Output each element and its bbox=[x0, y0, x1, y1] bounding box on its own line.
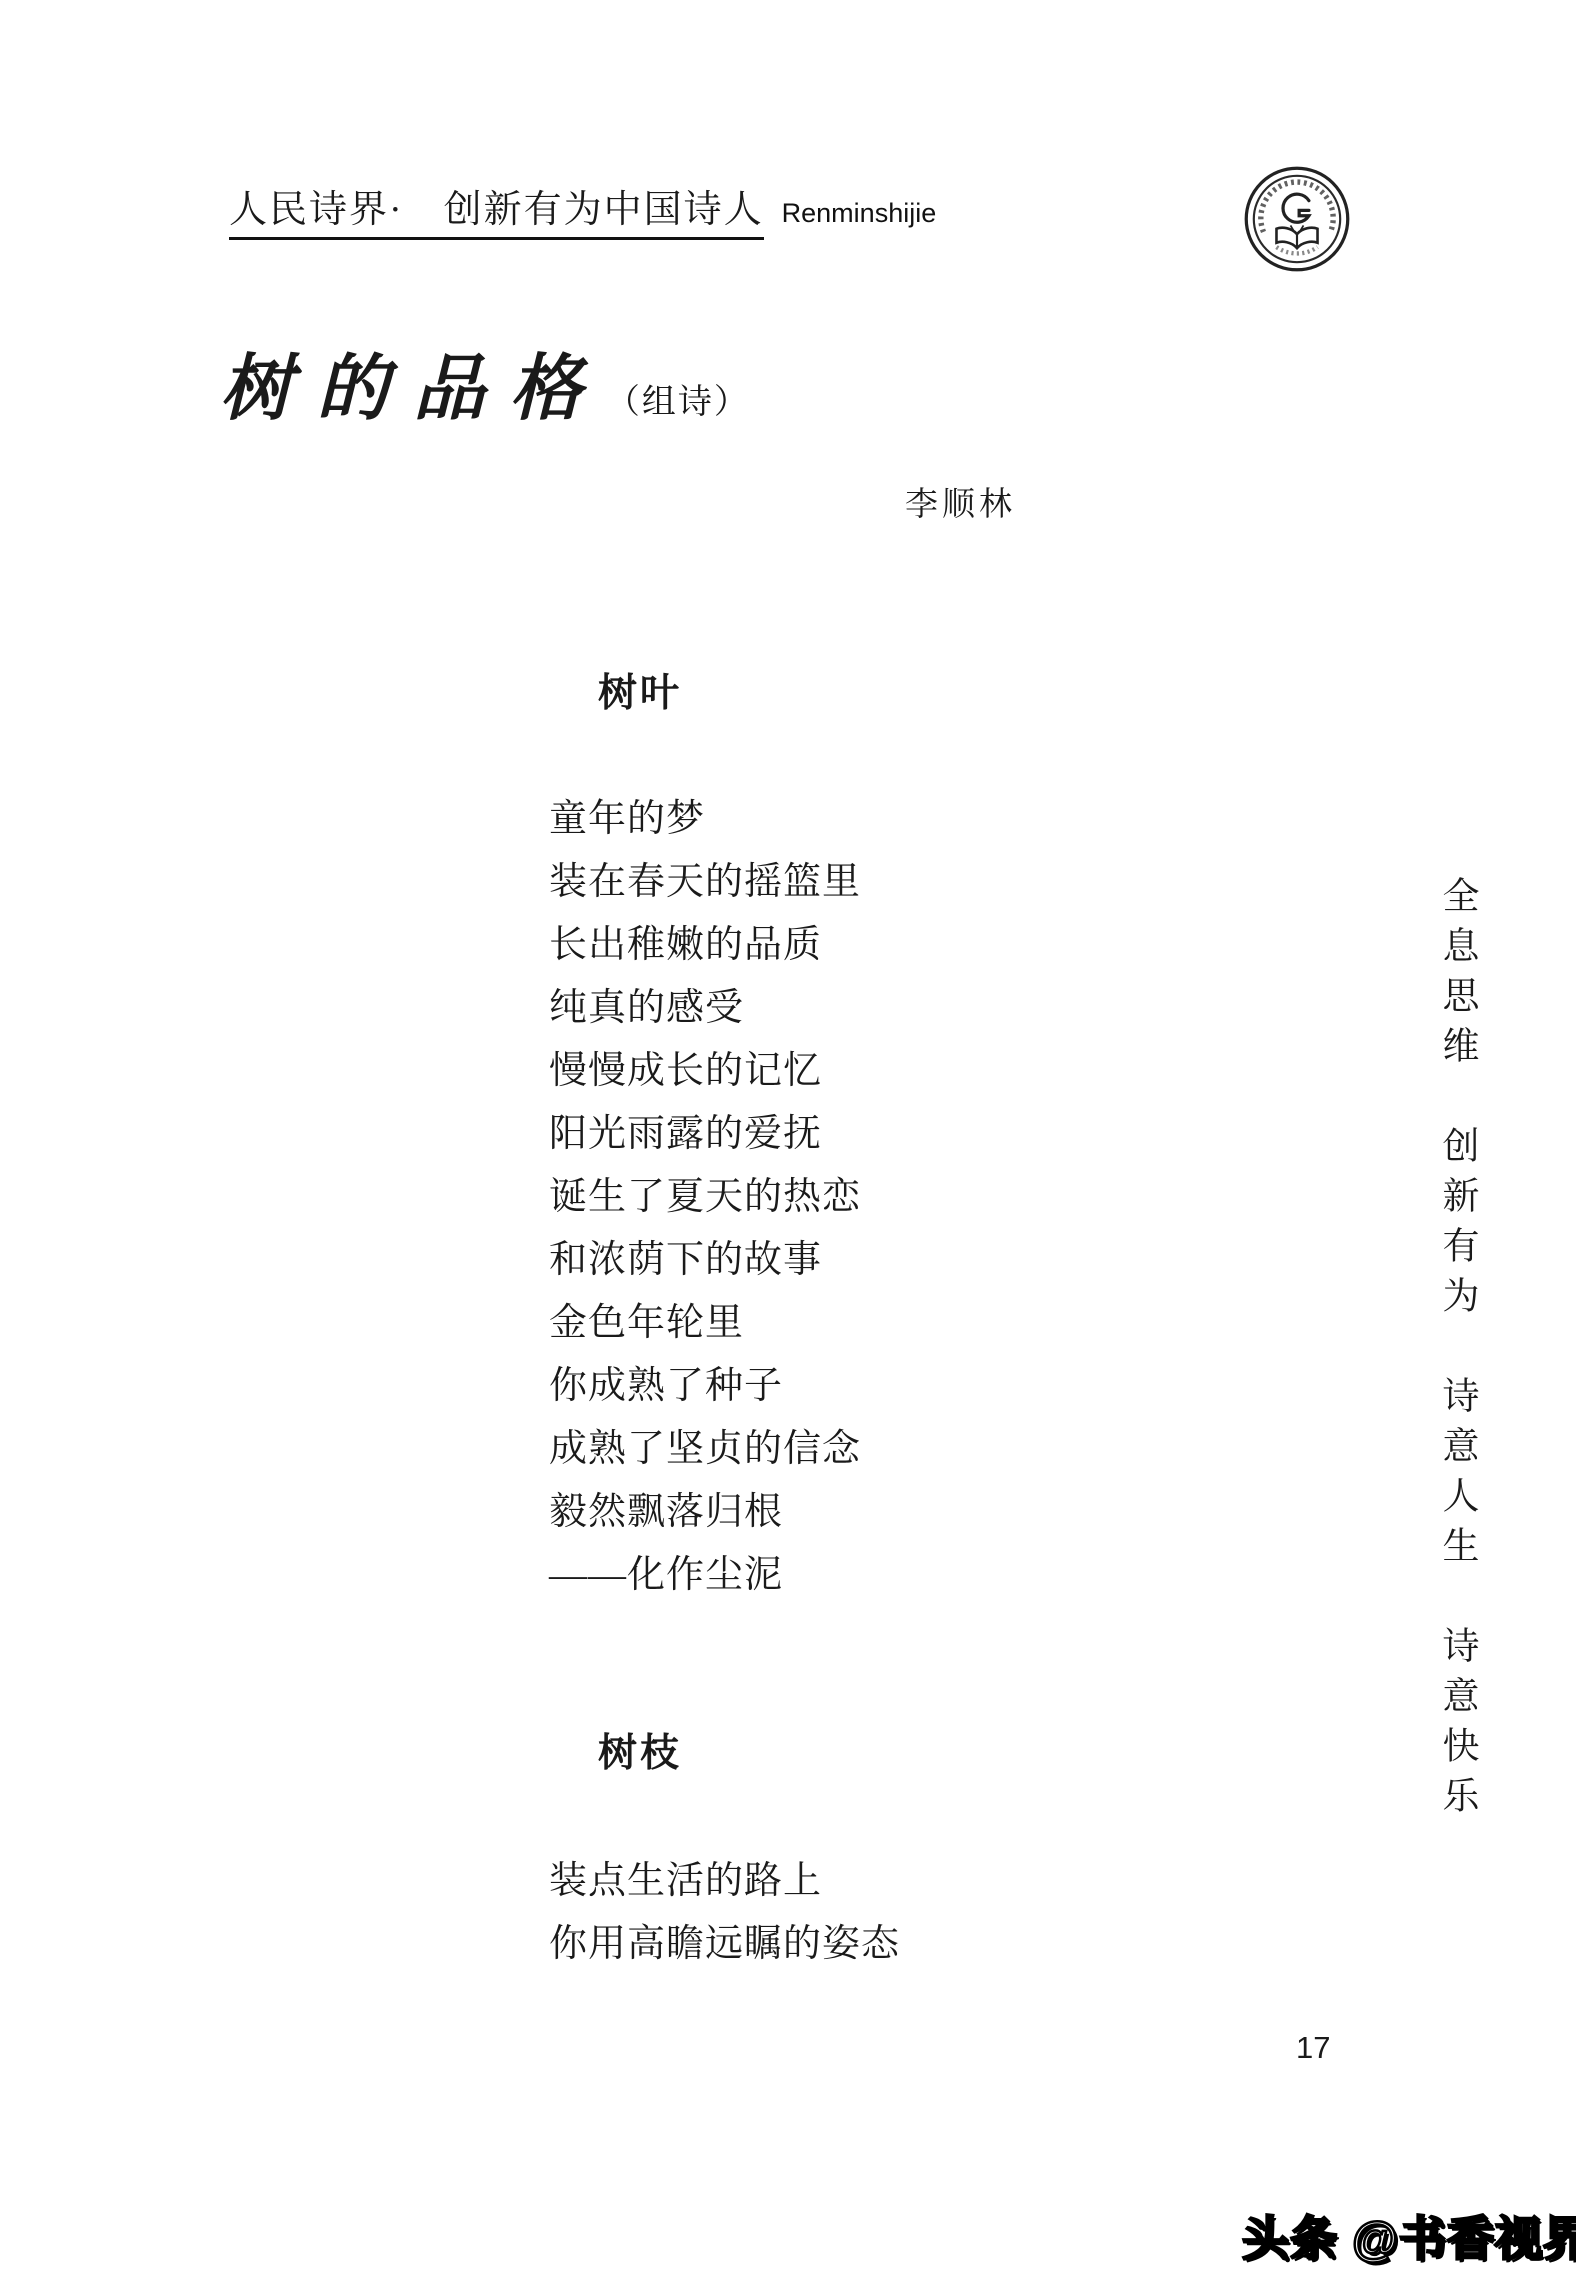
poem-line: 成熟了坚贞的信念 bbox=[549, 1418, 861, 1481]
poem-line: 纯真的感受 bbox=[549, 977, 861, 1040]
poem-leaves: 童年的梦 装在春天的摇篮里 长出稚嫩的品质 纯真的感受 慢慢成长的记忆 阳光雨露… bbox=[549, 788, 861, 1607]
toutiao-watermark: 头条 @书香视界 bbox=[1242, 2202, 1576, 2269]
journal-name-chinese: 人民诗界· 创新有为中国诗人 bbox=[229, 188, 764, 240]
poem-line: 童年的梦 bbox=[549, 788, 861, 851]
poem-line: 慢慢成长的记忆 bbox=[549, 1040, 861, 1103]
poem-group-title-text: 树的品格 bbox=[220, 348, 606, 431]
poem-line: 装在春天的摇篮里 bbox=[549, 851, 861, 914]
poem-line: 你成熟了种子 bbox=[549, 1355, 861, 1418]
document-page: 人民诗界· 创新有为中国诗人 Renminshijie 树的品格 （组诗） 李顺… bbox=[0, 0, 1576, 2290]
poem-group-title: 树的品格 （组诗） bbox=[220, 348, 750, 431]
poem-line: 诞生了夏天的热恋 bbox=[549, 1166, 861, 1229]
publisher-seal-icon bbox=[1243, 165, 1351, 273]
poem-line: 和浓荫下的故事 bbox=[549, 1229, 861, 1292]
poem-line: 金色年轮里 bbox=[549, 1292, 861, 1355]
poem-branches: 装点生活的路上 你用高瞻远瞩的姿态 bbox=[549, 1850, 900, 1976]
section-heading-branches: 树枝 bbox=[598, 1722, 682, 1778]
journal-header: 人民诗界· 创新有为中国诗人 Renminshijie bbox=[229, 188, 936, 240]
poem-line: 装点生活的路上 bbox=[549, 1850, 900, 1913]
poem-line: 毅然飘落归根 bbox=[549, 1481, 861, 1544]
poem-line: 长出稚嫩的品质 bbox=[549, 914, 861, 977]
journal-name-pinyin: Renminshijie bbox=[782, 198, 937, 229]
poem-line: 阳光雨露的爱抚 bbox=[549, 1103, 861, 1166]
poem-line: ——化作尘泥 bbox=[549, 1544, 861, 1607]
author-name: 李顺林 bbox=[905, 478, 1016, 525]
poem-group-subtitle: （组诗） bbox=[606, 374, 750, 423]
margin-slogan-vertical: 全息思维 创新有为 诗意人生 诗意快乐 bbox=[1438, 876, 1475, 1826]
poem-line: 你用高瞻远瞩的姿态 bbox=[549, 1913, 900, 1976]
page-number: 17 bbox=[1296, 2030, 1330, 2066]
section-heading-leaves: 树叶 bbox=[598, 662, 682, 718]
